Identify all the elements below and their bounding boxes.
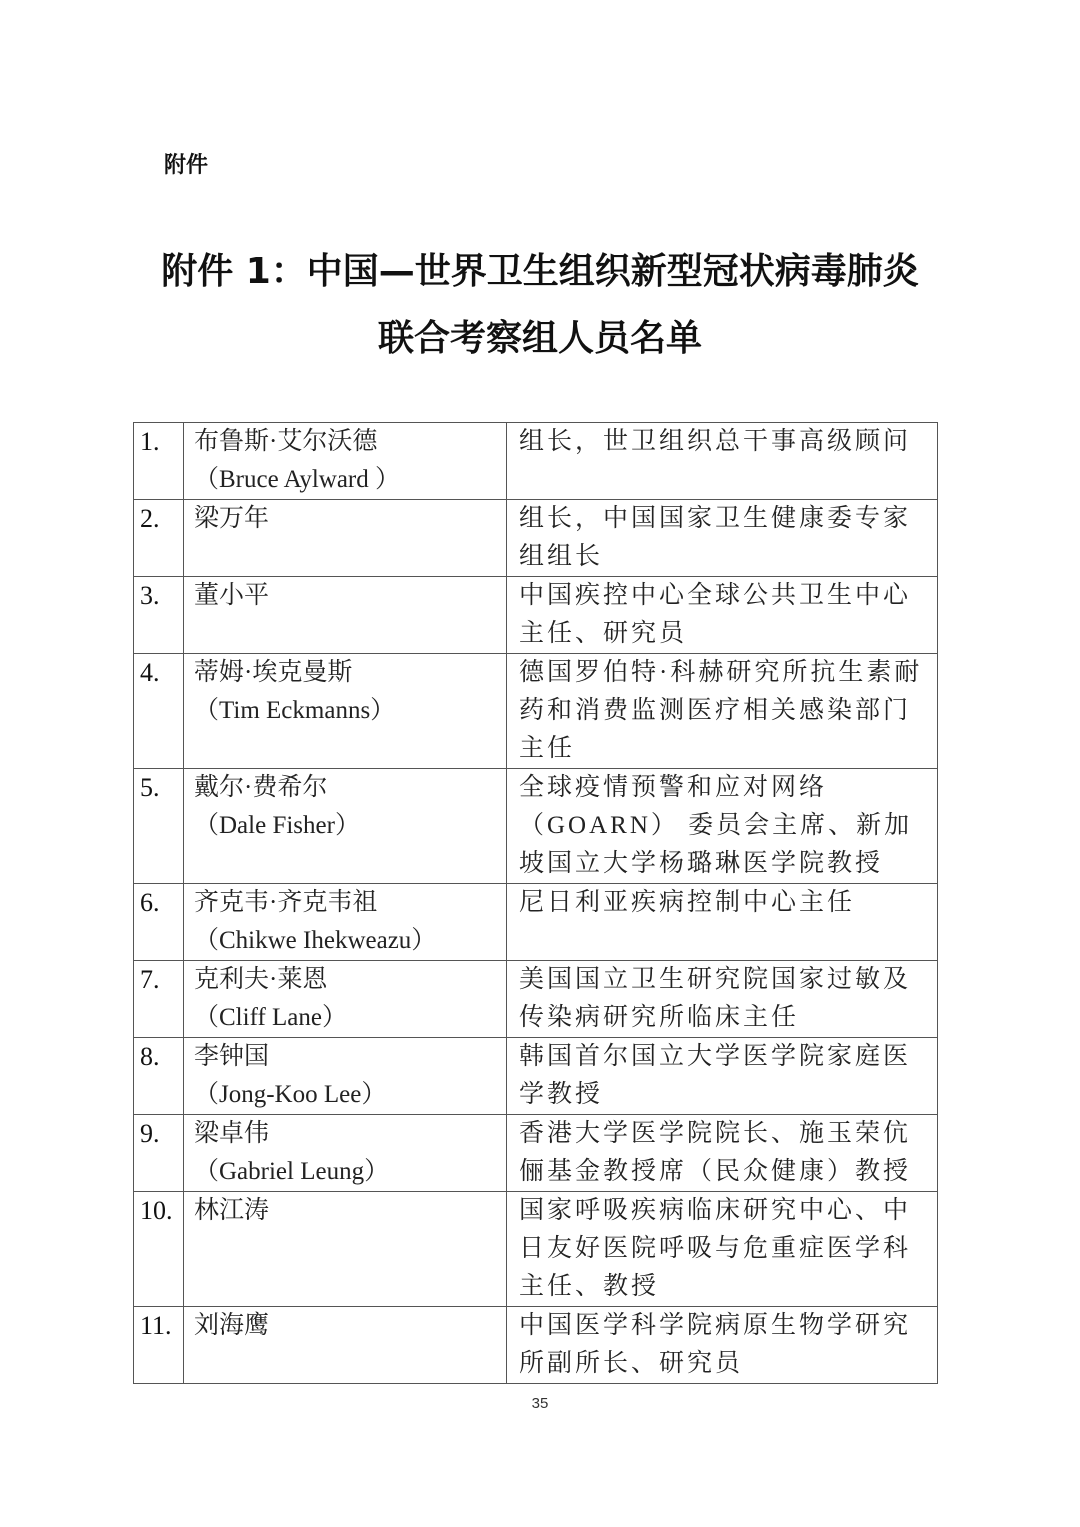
row-number: 2. <box>134 500 184 577</box>
member-name: 董小平 <box>184 577 507 654</box>
document-title-line-2: 联合考察组人员名单 <box>0 310 1080 361</box>
member-name-en: （Jong-Koo Lee） <box>194 1076 506 1114</box>
member-name: 李钟国（Jong-Koo Lee） <box>184 1038 507 1115</box>
member-role-text: 韩国首尔国立大学医学院家庭医学教授 <box>519 1038 927 1114</box>
member-name: 刘海鹰 <box>184 1307 507 1384</box>
member-role: 全球疫情预警和应对网络（GOARN） 委员会主席、新加坡国立大学杨璐琳医学院教授 <box>507 769 938 884</box>
member-role-text: 国家呼吸疾病临床研究中心、中日友好医院呼吸与危重症医学科主任、教授 <box>519 1192 927 1306</box>
member-name: 布鲁斯·艾尔沃德（Bruce Aylward ） <box>184 423 507 500</box>
row-number: 4. <box>134 654 184 769</box>
table-row: 2.梁万年组长，中国国家卫生健康委专家组组长 <box>134 500 938 577</box>
member-name-en: （Chikwe Ihekweazu） <box>194 922 506 960</box>
member-name: 克利夫·莱恩（Cliff Lane） <box>184 961 507 1038</box>
member-name-en: （Tim Eckmanns） <box>194 692 506 730</box>
member-table: 1.布鲁斯·艾尔沃德（Bruce Aylward ）组长，世卫组织总干事高级顾问… <box>133 422 938 1384</box>
row-number: 1. <box>134 423 184 500</box>
member-name-cn: 林江涛 <box>194 1192 506 1230</box>
member-name-en: （Gabriel Leung） <box>194 1153 506 1191</box>
member-role-text: 组长，中国国家卫生健康委专家组组长 <box>519 500 927 576</box>
member-role-text: 组长，世卫组织总干事高级顾问 <box>519 423 927 461</box>
member-role: 韩国首尔国立大学医学院家庭医学教授 <box>507 1038 938 1115</box>
member-name-cn: 布鲁斯·艾尔沃德 <box>194 423 506 461</box>
table-row: 9.梁卓伟（Gabriel Leung）香港大学医学院院长、施玉荣伉俪基金教授席… <box>134 1115 938 1192</box>
member-role-text: 中国医学科学院病原生物学研究所副所长、研究员 <box>519 1307 927 1383</box>
row-number: 3. <box>134 577 184 654</box>
member-name: 林江涛 <box>184 1192 507 1307</box>
member-name-en: （Dale Fisher） <box>194 807 506 845</box>
member-name: 戴尔·费希尔（Dale Fisher） <box>184 769 507 884</box>
member-role-text: 德国罗伯特·科赫研究所抗生素耐药和消费监测医疗相关感染部门主任 <box>519 654 927 768</box>
member-name-cn: 蒂姆·埃克曼斯 <box>194 654 506 692</box>
table-row: 10.林江涛国家呼吸疾病临床研究中心、中日友好医院呼吸与危重症医学科主任、教授 <box>134 1192 938 1307</box>
member-role-text: 香港大学医学院院长、施玉荣伉俪基金教授席（民众健康）教授 <box>519 1115 927 1191</box>
member-role: 中国疾控中心全球公共卫生中心主任、研究员 <box>507 577 938 654</box>
member-role: 组长，世卫组织总干事高级顾问 <box>507 423 938 500</box>
member-name-cn: 戴尔·费希尔 <box>194 769 506 807</box>
member-name-cn: 梁卓伟 <box>194 1115 506 1153</box>
member-role: 中国医学科学院病原生物学研究所副所长、研究员 <box>507 1307 938 1384</box>
table-row: 7.克利夫·莱恩（Cliff Lane）美国国立卫生研究院国家过敏及传染病研究所… <box>134 961 938 1038</box>
member-name: 蒂姆·埃克曼斯（Tim Eckmanns） <box>184 654 507 769</box>
member-role-text: 全球疫情预警和应对网络（GOARN） 委员会主席、新加坡国立大学杨璐琳医学院教授 <box>519 769 927 883</box>
member-name-cn: 董小平 <box>194 577 506 615</box>
member-role: 美国国立卫生研究院国家过敏及传染病研究所临床主任 <box>507 961 938 1038</box>
member-name: 梁卓伟（Gabriel Leung） <box>184 1115 507 1192</box>
member-role: 组长，中国国家卫生健康委专家组组长 <box>507 500 938 577</box>
member-role: 德国罗伯特·科赫研究所抗生素耐药和消费监测医疗相关感染部门主任 <box>507 654 938 769</box>
member-name-cn: 梁万年 <box>194 500 506 538</box>
member-role-text: 中国疾控中心全球公共卫生中心主任、研究员 <box>519 577 927 653</box>
member-name-cn: 克利夫·莱恩 <box>194 961 506 999</box>
row-number: 8. <box>134 1038 184 1115</box>
member-role: 香港大学医学院院长、施玉荣伉俪基金教授席（民众健康）教授 <box>507 1115 938 1192</box>
document-title-line-1: 附件 1：中国—世界卫生组织新型冠状病毒肺炎 <box>0 243 1080 294</box>
row-number: 10. <box>134 1192 184 1307</box>
member-role: 国家呼吸疾病临床研究中心、中日友好医院呼吸与危重症医学科主任、教授 <box>507 1192 938 1307</box>
table-row: 3.董小平中国疾控中心全球公共卫生中心主任、研究员 <box>134 577 938 654</box>
member-name-en: （Bruce Aylward ） <box>194 461 506 499</box>
page-number: 35 <box>0 1395 1080 1412</box>
member-name: 齐克韦·齐克韦祖（Chikwe Ihekweazu） <box>184 884 507 961</box>
table-row: 11.刘海鹰中国医学科学院病原生物学研究所副所长、研究员 <box>134 1307 938 1384</box>
member-role-text: 尼日利亚疾病控制中心主任 <box>519 884 927 922</box>
member-role-text: 美国国立卫生研究院国家过敏及传染病研究所临床主任 <box>519 961 927 1037</box>
table-row: 8.李钟国（Jong-Koo Lee）韩国首尔国立大学医学院家庭医学教授 <box>134 1038 938 1115</box>
table-row: 4.蒂姆·埃克曼斯（Tim Eckmanns）德国罗伯特·科赫研究所抗生素耐药和… <box>134 654 938 769</box>
row-number: 11. <box>134 1307 184 1384</box>
table-row: 1.布鲁斯·艾尔沃德（Bruce Aylward ）组长，世卫组织总干事高级顾问 <box>134 423 938 500</box>
member-name: 梁万年 <box>184 500 507 577</box>
member-role: 尼日利亚疾病控制中心主任 <box>507 884 938 961</box>
table-row: 6.齐克韦·齐克韦祖（Chikwe Ihekweazu）尼日利亚疾病控制中心主任 <box>134 884 938 961</box>
row-number: 7. <box>134 961 184 1038</box>
attachment-label: 附件 <box>164 148 208 179</box>
table-row: 5.戴尔·费希尔（Dale Fisher）全球疫情预警和应对网络（GOARN） … <box>134 769 938 884</box>
member-name-en: （Cliff Lane） <box>194 999 506 1037</box>
member-name-cn: 刘海鹰 <box>194 1307 506 1345</box>
row-number: 5. <box>134 769 184 884</box>
member-name-cn: 李钟国 <box>194 1038 506 1076</box>
row-number: 6. <box>134 884 184 961</box>
member-name-cn: 齐克韦·齐克韦祖 <box>194 884 506 922</box>
row-number: 9. <box>134 1115 184 1192</box>
